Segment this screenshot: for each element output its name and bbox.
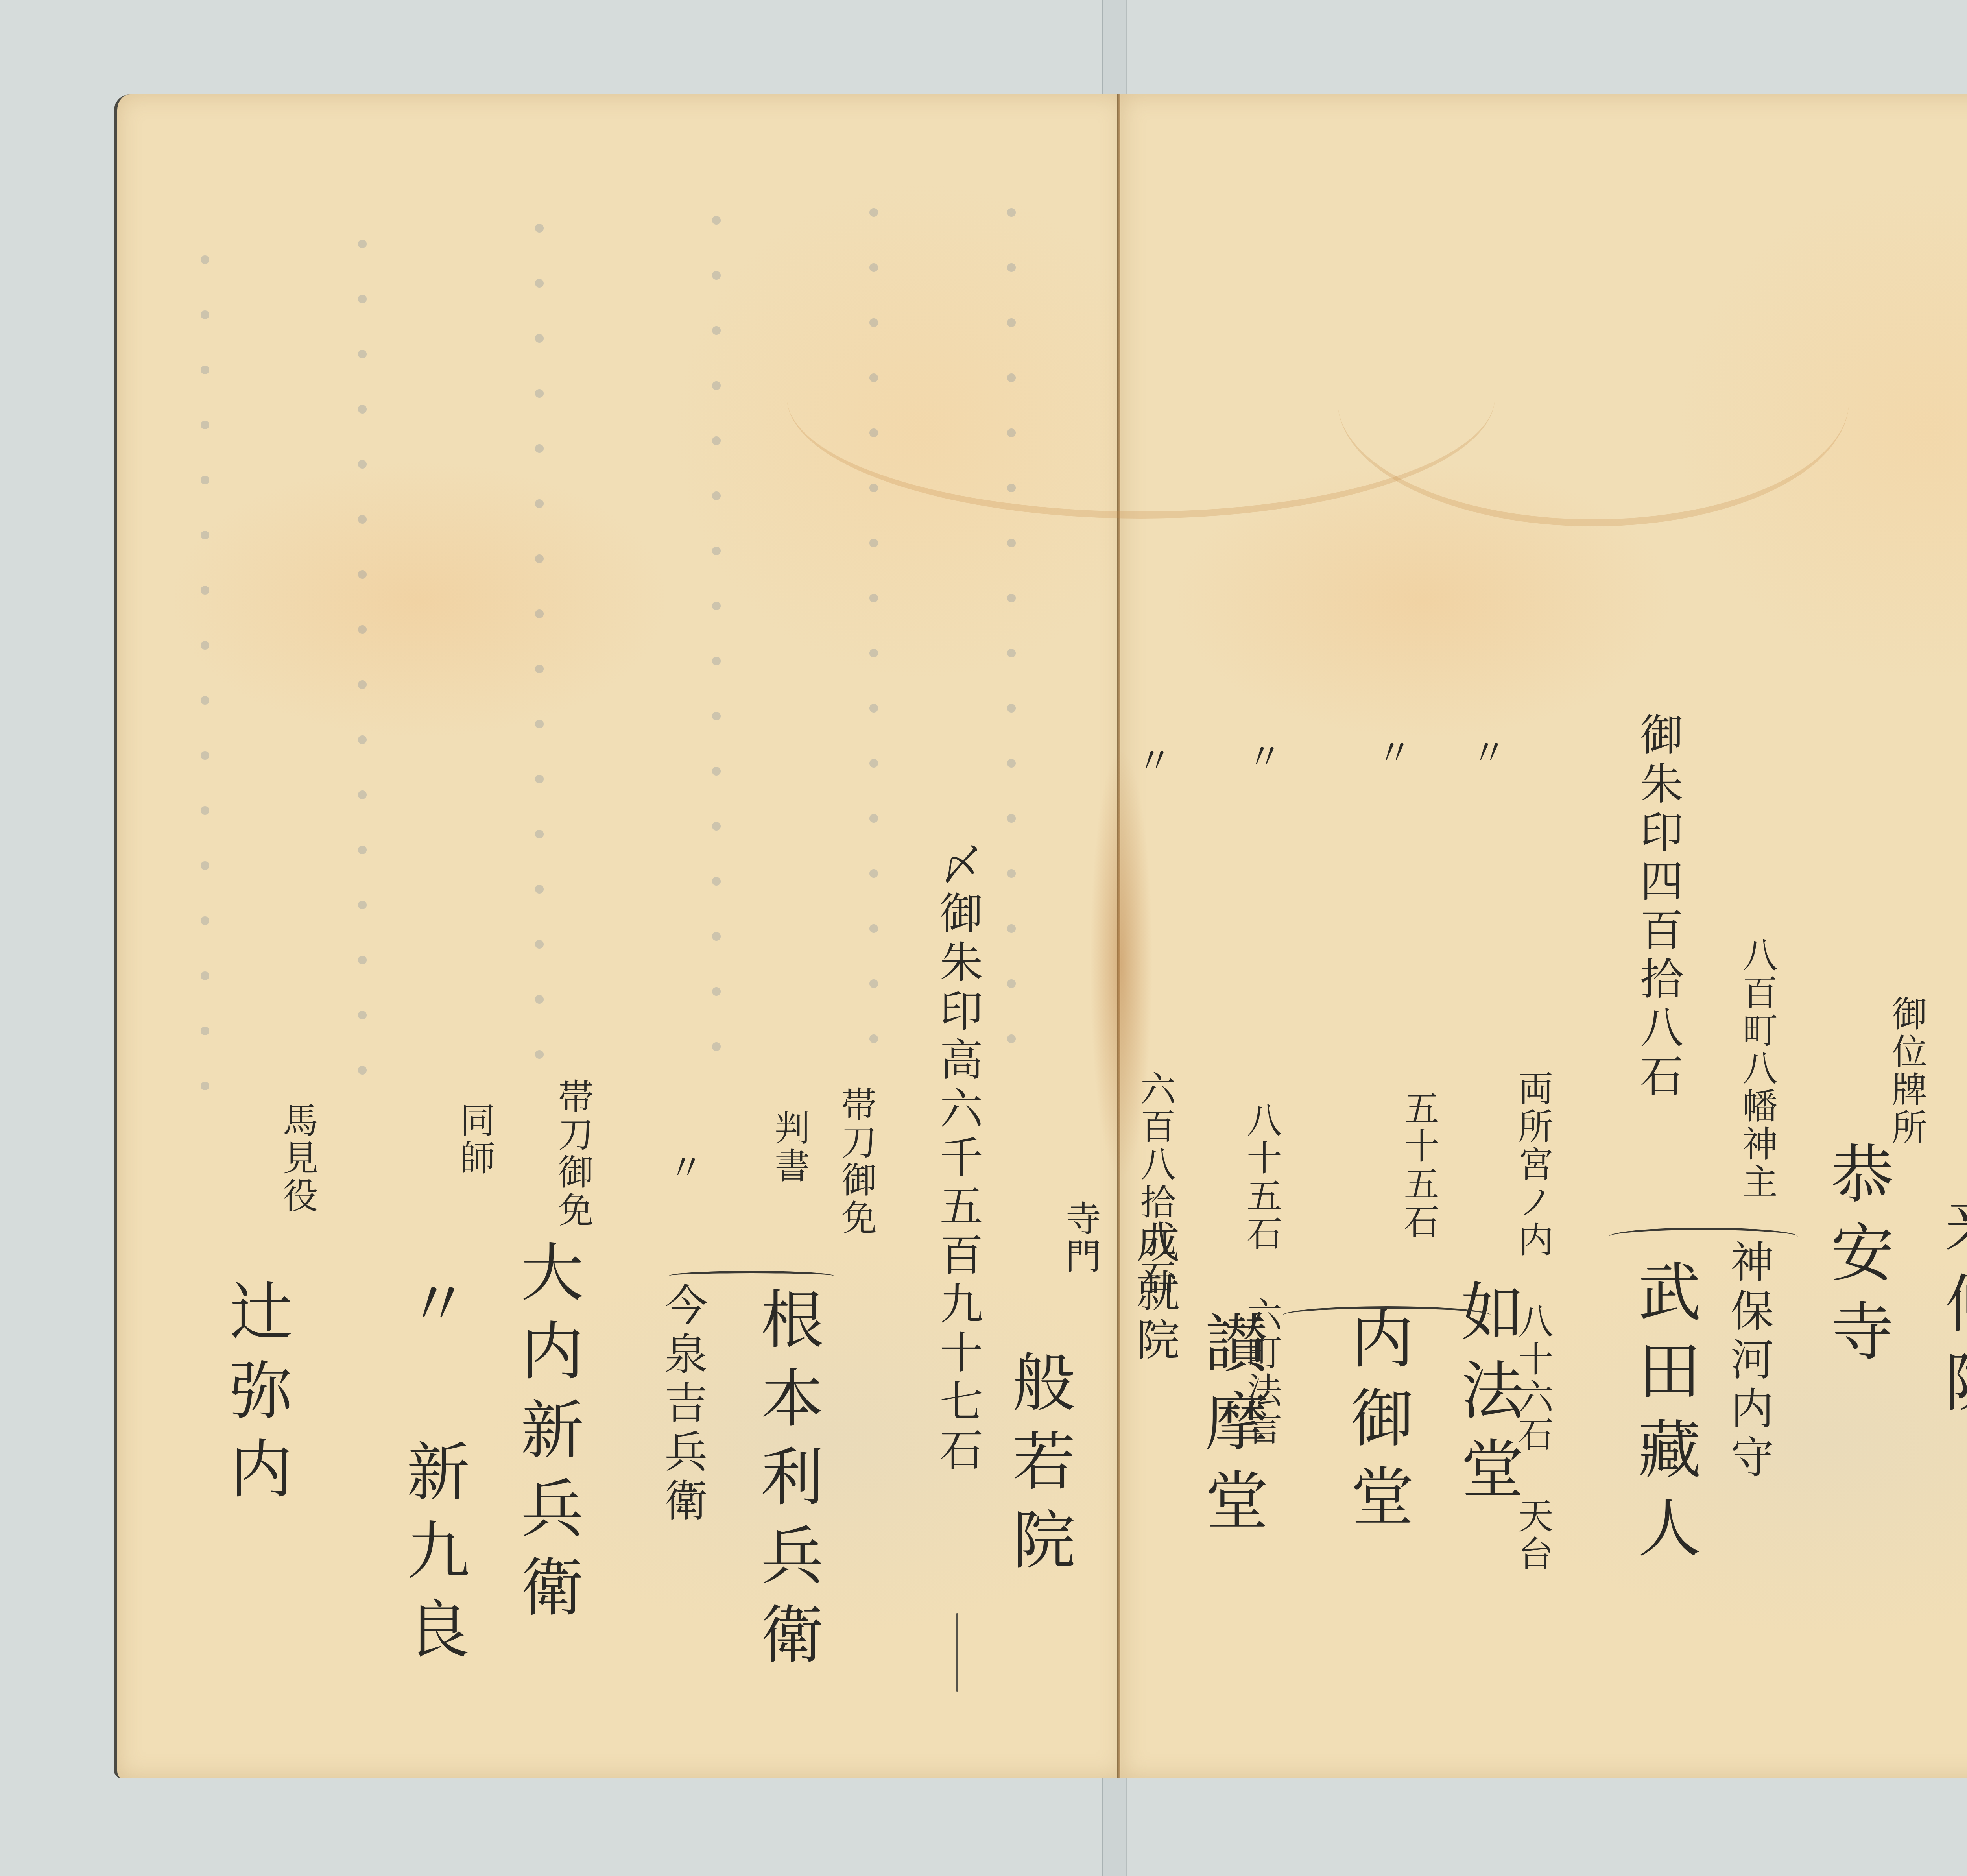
column-name: 恭安寺 [1825, 1141, 1888, 1377]
bleed-through-text: ・・・・・・・・・・・・・・・・ [846, 189, 893, 1212]
column-label: 帯刀御免 [838, 1086, 873, 1237]
column-name: 根本利兵衛 [755, 1287, 818, 1680]
column-name: 武田藏人 [1633, 1259, 1696, 1574]
column-label: 馬見役 [279, 1102, 315, 1215]
grouping-bracket [669, 1271, 834, 1281]
column-name: 内御堂 [1345, 1306, 1408, 1542]
tide-stain [1338, 275, 1849, 526]
column-name: 来仲院 [1939, 1192, 1967, 1428]
column-label: 八百町八幡神主 [1739, 936, 1774, 1201]
column-name: 〃 新九良 [401, 1271, 464, 1675]
repeat-mark: 〃 [1471, 724, 1507, 775]
repeat-mark: 〃 [1377, 724, 1412, 775]
column-name: 成就院 [1133, 1220, 1176, 1366]
column-name: 神保河内守 [1727, 1239, 1770, 1483]
column-label: 〃 [665, 1149, 700, 1187]
bleed-through-text: ・・・・・・・・・・・・・・・・ [984, 189, 1031, 1212]
repeat-mark: 〃 [1137, 732, 1172, 783]
column-name: 今泉吉兵衛 [661, 1283, 704, 1527]
repeat-mark: 〃 [1247, 728, 1282, 779]
bleed-through-text: ・・・・・・・・・・・・・・・・ [334, 220, 382, 1243]
column-label: 同師 [456, 1102, 492, 1177]
column-name: 大内新兵衛 [515, 1239, 578, 1633]
open-manuscript: ・・・・・・・・・・・・・・・・ ・・・・・・・・・・・・・・・・ ・・・・・・… [0, 0, 1967, 1876]
ink-stroke [956, 1613, 958, 1692]
column-label: 五十五石 [1401, 1090, 1436, 1241]
column-label: 帯刀御免 [555, 1078, 590, 1229]
bleed-through-text: ・・・・・・・・・・・・・・・・ [177, 236, 224, 1259]
bleed-through-text: ・・・・・・・・・・・・・・・・ [688, 197, 736, 1220]
grouping-bracket [1609, 1228, 1798, 1246]
column-heading: 〆御朱印高六千五百九十七石 [936, 842, 980, 1476]
column-heading: 御朱印四百拾八石 [1637, 712, 1680, 1102]
column-label: 寺門 [1062, 1200, 1098, 1276]
column-name: 般若院 [1007, 1350, 1070, 1586]
bleed-through-text: ・・・・・・・・・・・・・・・・ [511, 205, 559, 1228]
column-label: 御位牌所 [1888, 995, 1924, 1147]
column-sublabel: 判書 [771, 1110, 806, 1185]
column-name: 讃摩堂 [1200, 1310, 1263, 1546]
column-name: 辻弥内 [224, 1279, 287, 1515]
